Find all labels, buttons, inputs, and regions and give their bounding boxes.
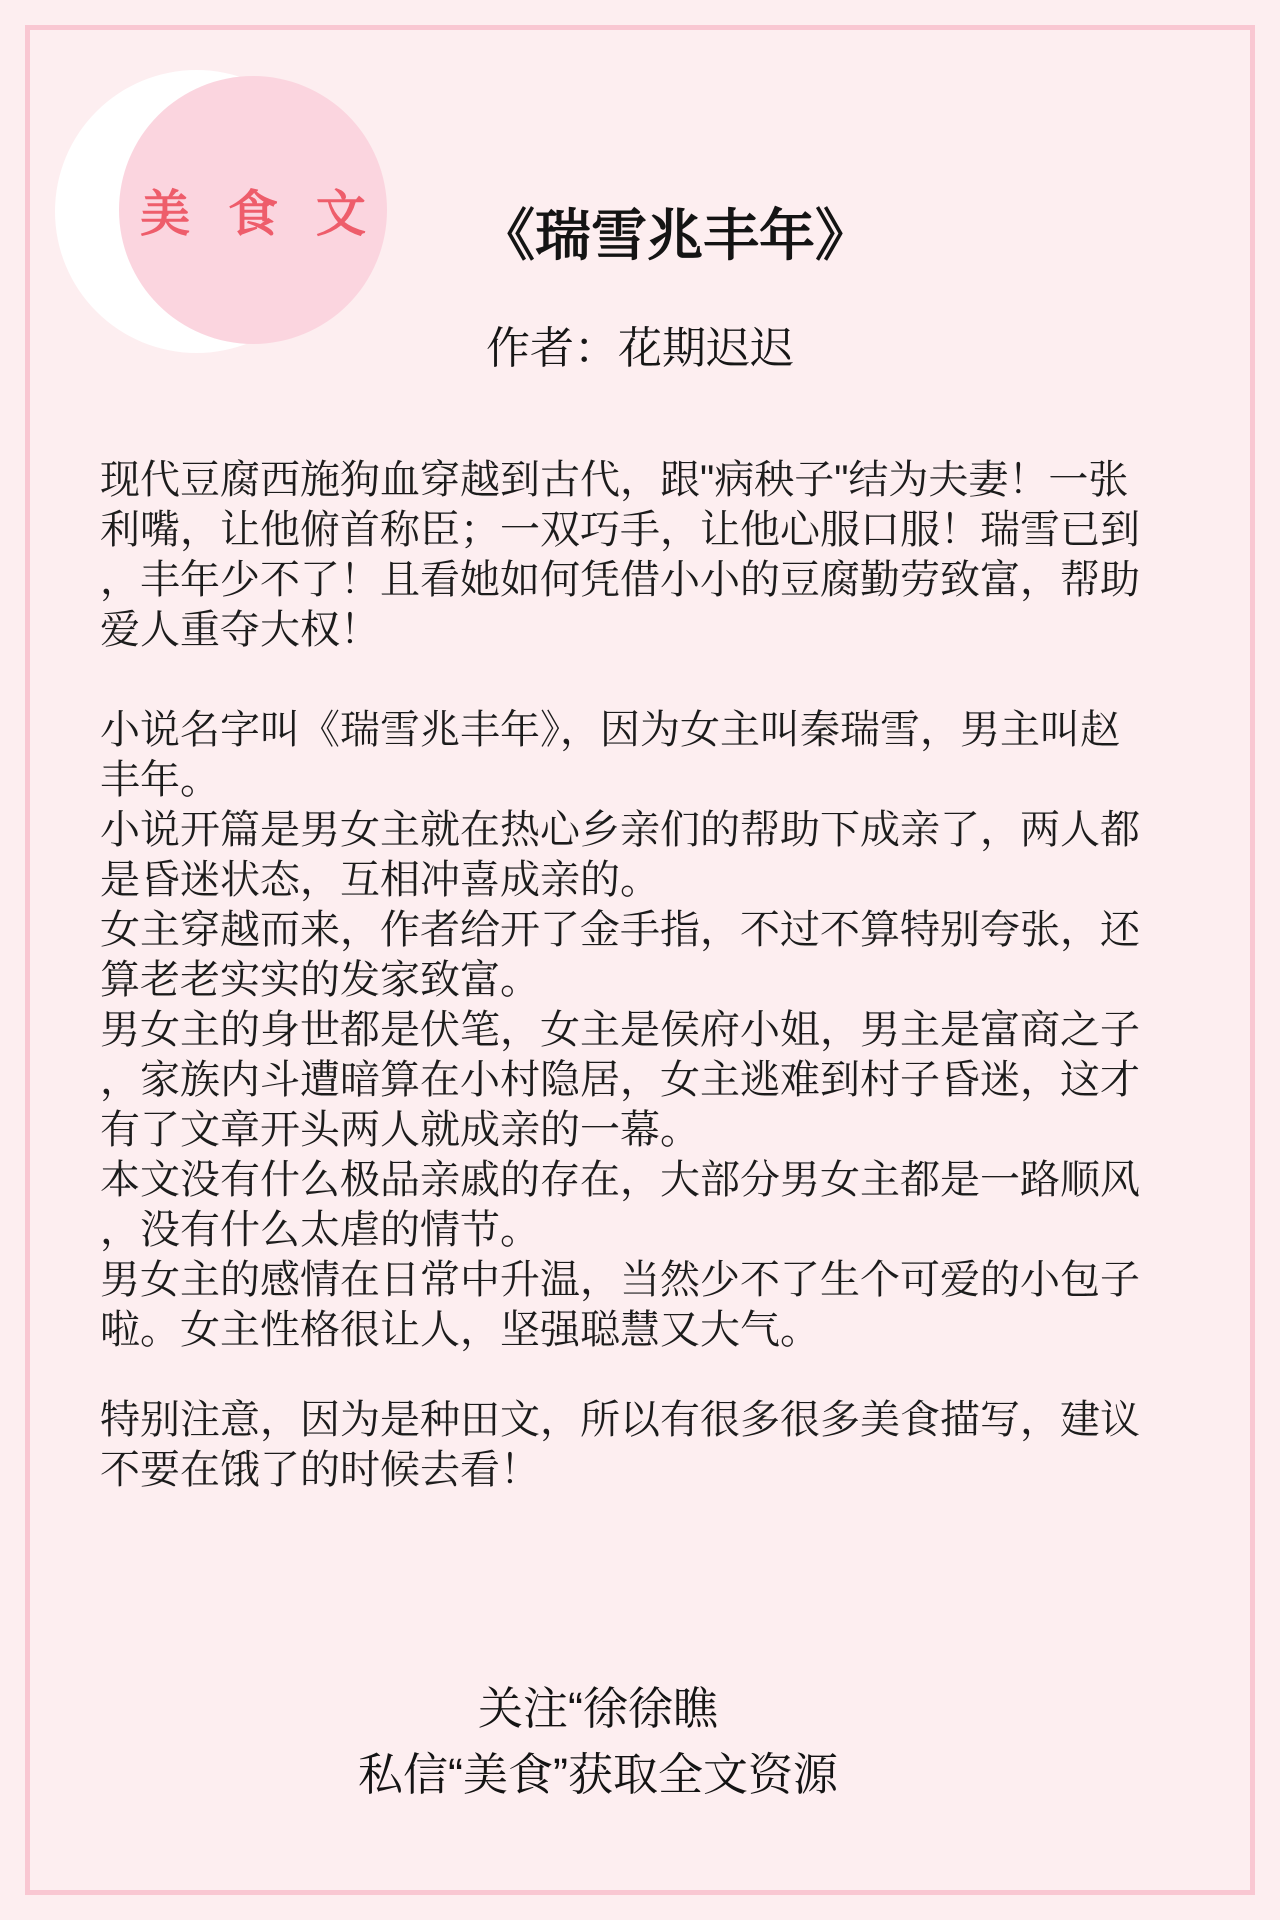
synopsis: 现代豆腐西施狗血穿越到古代，跟"病秧子"结为夫妻！一张 利嘴，让他俯首称臣；一双… — [100, 455, 1180, 1495]
synopsis-paragraph-note: 特别注意，因为是种田文，所以有很多很多美食描写，建议 不要在饿了的时候去看！ — [100, 1395, 1180, 1495]
synopsis-paragraph-details: 小说名字叫《瑞雪兆丰年》，因为女主叫秦瑞雪，男主叫赵 丰年。 小说开篇是男女主就… — [100, 705, 1180, 1355]
book-title: 《瑞雪兆丰年》 — [35, 205, 1280, 267]
synopsis-paragraph-blurb: 现代豆腐西施狗血穿越到古代，跟"病秧子"结为夫妻！一张 利嘴，让他俯首称臣；一双… — [100, 455, 1180, 655]
book-author: 作者：花期迟迟 — [0, 322, 1280, 376]
follow-cta: 关注“徐徐瞧 私信“美食”获取全文资源 — [0, 1676, 1238, 1808]
